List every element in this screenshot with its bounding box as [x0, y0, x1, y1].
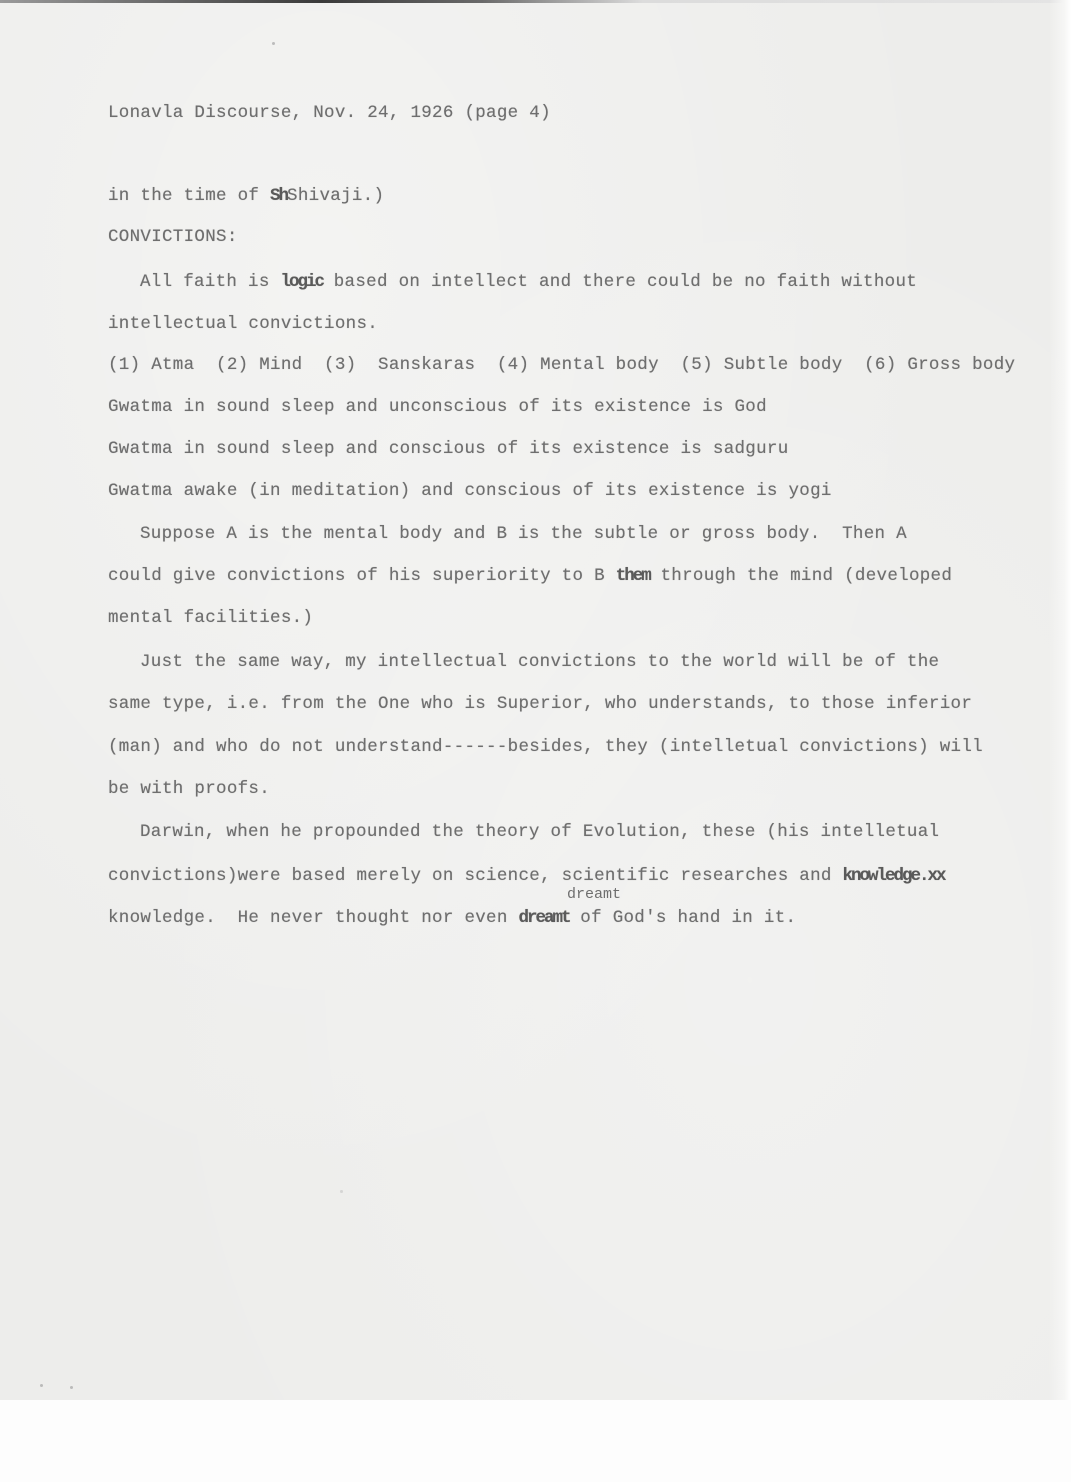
para4-line1: Darwin, when he propounded the theory of… — [140, 822, 939, 842]
section-heading: CONVICTIONS: — [108, 227, 238, 247]
text-run: could give convictions of his superiorit… — [108, 566, 616, 586]
text-run: convictions)were based merely on science… — [108, 866, 843, 886]
scan-right-edge — [1049, 0, 1071, 1400]
para3-line4: be with proofs. — [108, 779, 270, 799]
state-line-god: Gwatma in sound sleep and unconscious of… — [108, 397, 767, 417]
text-run: based on intellect and there could be no… — [323, 272, 917, 292]
paper-speck — [340, 1190, 343, 1193]
text-run: of God's hand in it. — [569, 908, 796, 928]
enumeration-line: (1) Atma (2) Mind (3) Sanskaras (4) Ment… — [108, 355, 1015, 375]
para2-line2: could give convictions of his superiorit… — [108, 566, 952, 586]
paper-speck — [70, 1386, 73, 1389]
strikeover-text: dreamt — [518, 908, 569, 928]
document-header: Lonavla Discourse, Nov. 24, 1926 (page 4… — [108, 103, 551, 123]
paper-speck — [40, 1384, 43, 1387]
para3-line3: (man) and who do not understand------bes… — [108, 737, 983, 757]
text-run: All faith is — [140, 272, 280, 292]
state-line-sadguru: Gwatma in sound sleep and conscious of i… — [108, 439, 789, 459]
paper-speck — [272, 42, 275, 45]
strikeover-text: Sh — [270, 186, 287, 206]
para1-line2: intellectual convictions. — [108, 314, 378, 334]
strikeover-text: them — [616, 566, 650, 586]
continuation-end: Shivaji.) — [287, 186, 384, 206]
para3-line1: Just the same way, my intellectual convi… — [140, 652, 939, 672]
text-run: through the mind (developed — [650, 566, 952, 586]
strikeover-text: knowledge.xx — [843, 866, 945, 886]
scan-blank-margin — [0, 1400, 1071, 1482]
para2-line3: mental facilities.) — [108, 608, 313, 628]
state-line-yogi: Gwatma awake (in meditation) and conscio… — [108, 481, 832, 501]
para4-line3: knowledge. He never thought nor even dre… — [108, 908, 796, 928]
text-run: knowledge. He never thought nor even — [108, 908, 518, 928]
para3-line2: same type, i.e. from the One who is Supe… — [108, 694, 972, 714]
typed-insertion: dreamt — [567, 886, 621, 903]
scan-top-edge — [0, 0, 1071, 3]
para2-line1: Suppose A is the mental body and B is th… — [140, 524, 907, 544]
continuation-line: in the time of ShShivaji.) — [108, 186, 384, 206]
strikeover-text: logic — [280, 272, 323, 292]
continuation-text: in the time of — [108, 186, 270, 206]
para4-line2: convictions)were based merely on science… — [108, 866, 945, 886]
para1-line1: All faith is logic based on intellect an… — [140, 272, 917, 292]
